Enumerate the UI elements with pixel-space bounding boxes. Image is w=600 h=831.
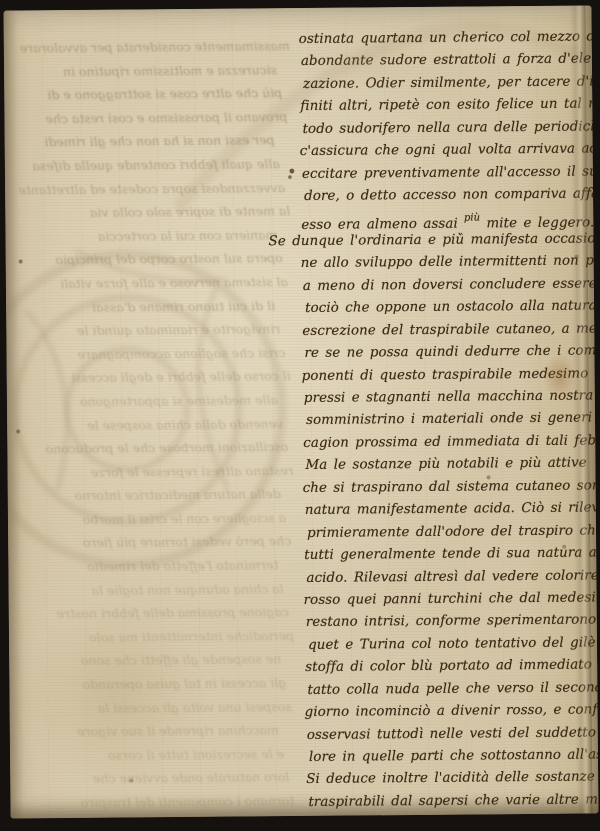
showthrough-line: e le secrezioni tutte il corso [24,742,284,768]
manuscript-line: ostinata quartana un cherico col mezzo d… [299,26,595,51]
manuscript-line: pressi e stagnanti nella macchina nostra [304,385,598,410]
manuscript-line: giorno incominciò a divenir rosso, e con… [305,700,599,725]
manuscript-line: todo sudorifero nella cura delle periodi… [302,116,595,141]
document-scan: massimamente considerata per avvalorares… [0,0,600,831]
showthrough-line: venendo dalla china sospese le [21,412,283,438]
manuscript-line: stoffa di color blù portato ad immediato… [305,655,598,680]
showthrough-line: gli accessi in tal guisa operando [23,671,286,697]
manuscript-line: ne allo sviluppo delle intermittenti non… [301,251,597,276]
showthrough-line: sicurezza e moltissimo riputino in [18,58,277,84]
manuscript-line: osservasi tuttodì nelle vesti del suddet… [307,722,599,747]
showthrough-line: massimamente considerata per avvalorare [18,34,290,60]
paper-stain [19,599,211,791]
manuscript-line: a meno di non doversi concludere essere … [303,273,597,298]
showthrough-line: cagione prossima delle febbri nostre [23,600,289,626]
manuscript-page: massimamente considerata per avvalorares… [3,5,598,818]
interlinear-insertion: più [464,212,480,223]
showthrough-line: opera sul nostro corpo del principio [20,246,283,272]
manuscript-line: zazione. Odier similmente, per tacere d'… [303,71,595,96]
manuscript-line: restano intrisi, conforme sperimentarono… [306,610,599,635]
manuscript-line: tociò che oppone un ostacolo alla natura… [305,296,597,321]
manuscript-line: Si deduce inoltre l'acidità delle sostan… [306,767,598,792]
watermark-circle [3,158,308,641]
showthrough-line: al sistema nervoso e alle forze vitali [20,270,288,296]
showthrough-line: loro naturale onde avviene che [24,766,289,792]
showthrough-line: sospesi una volta gli accessi la [23,695,291,721]
manuscript-line: rosso quei panni turchini che dal medesi… [304,587,599,612]
manuscript-line: abondante sudore estrattoli a forza d'el… [301,49,595,74]
showthrough-line: ne sospende gli effetti che sono [23,648,281,674]
manuscript-line: somministrino i materiali onde si generi… [306,408,598,433]
showthrough-line: che però vedesi tornare più fiero [22,530,291,556]
manuscript-line: natura manifestamente acida. Ciò si rile… [305,498,599,523]
showthrough-line: restano altresì represse le forze [21,459,293,485]
manuscript-line: tatto colla nuda pelle che verso il seco… [307,677,598,702]
showthrough-line: rinvigorito e rianimato quindi le [20,317,280,343]
manuscript-line: escrezione del traspirabile cutaneo, a m… [302,318,597,343]
showthrough-line: avvezzandosi sopra codeste ed altrettant… [19,176,285,202]
manuscript-line: tutti generalmente tende di sua natura a… [304,542,598,567]
showthrough-line: della natura medicatrice intorno [22,482,281,508]
showthrough-line: a sciogliere con le crisi il morbo [22,506,286,532]
manuscript-line: lore in quelle parti che sottostanno all… [309,744,599,769]
showthrough-line: il corso delle febbri e degli accessi [21,364,291,390]
handwritten-text: ostinata quartana un cherico col mezzo d… [301,26,599,814]
manuscript-line: re se ne possa quindi dedurre che i com= [304,341,597,366]
showthrough-line: tornano i componenti del traspiro [24,789,294,815]
showthrough-text: massimamente considerata per avvalorares… [18,34,297,818]
manuscript-line: eccitare preventivamente all'accesso il … [302,161,596,186]
manuscript-line: Se dunque l'ordinaria e più manifesta oc… [268,228,596,253]
manuscript-line: che si traspirano dal sistema cutaneo so… [303,475,599,500]
showthrough-line: per essi non si ha non che gli rimedi [19,129,275,155]
showthrough-line: alle quali febbri contende quella difesa [19,152,280,178]
manuscript-line: primieramente dall'odore del traspiro ch… [307,520,599,545]
manuscript-line: ponenti di questo traspirabile medesimo … [302,363,598,388]
manuscript-line: traspirabili dal sapersi che varie altre… [308,789,598,814]
manuscript-line: quet e Turina col noto tentativo del gil… [308,632,599,657]
showthrough-line: terminato l'effetto del rimedio [22,553,278,579]
manuscript-line: c'assicura che ogni qual volta arrivava … [300,139,596,164]
showthrough-line: alle medesime si appartengono [21,388,278,414]
showthrough-line: la china adunque non toglie la [22,577,283,603]
manuscript-line: esso era almeno assai‸più mite e leggero… [301,206,596,231]
showthrough-line: provano il parossismo e così resta che [18,105,287,131]
manuscript-line: acido. Rilevasi altresì dal vedere color… [306,565,598,590]
showthrough-line: crisi che sogliono accompagnare [20,341,285,367]
manuscript-line: cagion prossima ed immediata di tali feb… [303,430,598,455]
showthrough-line: periodiche intermittenti ma solo [23,624,294,650]
manuscript-line: finiti altri, ripetè con esito felice un… [300,94,595,119]
showthrough-line: oscillazioni morbose che le producono [21,435,288,461]
showthrough-line: macchina riprende il suo vigore [24,718,279,744]
showthrough-line: più che altre cose si sottraggono e di [18,81,282,107]
showthrough-line: la mente di sopire solo colla via [19,199,290,225]
showthrough-line: maniera con cui la corteccia [19,223,277,249]
manuscript-line: dore, o detto accesso non compariva affa… [304,183,596,208]
manuscript-line: Ma le sostanze più notabili e più attive [305,453,598,478]
ink-specks [3,11,5,13]
showthrough-line: il di cui tuono rimane d'assai [20,294,275,320]
